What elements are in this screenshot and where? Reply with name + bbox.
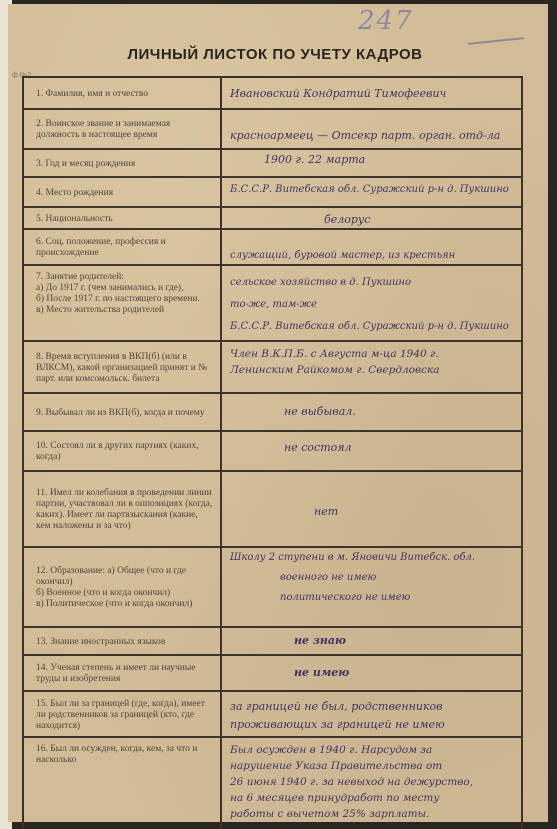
form-row-party-membership: 8. Время вступления в ВКП(б) (или в ВЛКС… — [24, 342, 521, 394]
field-answer: Ивановский Кондратий Тимофеевич — [224, 78, 521, 108]
form-row-birthplace: 4. Место рождения Б.С.С.Р. Витебская обл… — [24, 178, 521, 208]
field-label: 8. Время вступления в ВКП(б) (или в ВЛКС… — [24, 342, 222, 392]
field-label: 12. Образование: а) Общее (что и где око… — [24, 548, 222, 626]
field-label: 14. Ученая степень и имеет ли научные тр… — [24, 656, 222, 690]
field-answer: Школу 2 ступени в м. Яновичи Витебск. об… — [224, 548, 521, 626]
field-answer: за границей не был, родственников прожив… — [224, 692, 521, 736]
field-label: 4. Место рождения — [24, 178, 222, 206]
field-answer: нет — [224, 472, 521, 546]
personnel-form-table: 1. Фамилия, имя и отчество Ивановский Ко… — [22, 76, 523, 829]
form-row-social-status: 6. Соц. положение, профессия и происхожд… — [24, 230, 521, 266]
field-answer: не знаю — [224, 628, 521, 654]
form-row-party-deviations: 11. Имел ли колебания в проведении линии… — [24, 472, 521, 548]
field-answer: красноармеец — Отсекр парт. орган. отд-л… — [224, 110, 521, 148]
form-row-languages: 13. Знание иностранных языков не знаю — [24, 628, 521, 656]
form-row-rank-position: 2. Воинское звание и занимаемая должност… — [24, 110, 521, 150]
field-label: 3. Год и месяц рождения — [24, 150, 222, 176]
field-answer: Был осужден в 1940 г. Нарсудом за наруше… — [224, 738, 521, 829]
form-row-convictions: 16. Был ли осужден, когда, кем, за что и… — [24, 738, 521, 829]
form-row-left-party: 9. Выбывал ли из ВКП(б), когда и почему … — [24, 394, 521, 432]
field-label: 5. Национальность — [24, 208, 222, 228]
form-row-nationality: 5. Национальность белорус — [24, 208, 521, 230]
field-label: 6. Соц. положение, профессия и происхожд… — [24, 230, 222, 264]
field-answer: 1900 г. 22 марта — [224, 150, 521, 176]
field-answer: Б.С.С.Р. Витебская обл. Суражский р-н д.… — [224, 178, 521, 206]
field-answer: не состоял — [224, 432, 521, 470]
form-row-parents-occupation: 7. Занятие родителей: а) До 1917 г. (чем… — [24, 266, 521, 342]
document-title: ЛИЧНЫЙ ЛИСТОК ПО УЧЕТУ КАДРОВ — [105, 46, 445, 63]
field-label: 9. Выбывал ли из ВКП(б), когда и почему — [24, 394, 222, 430]
form-row-abroad: 15. Был ли за границей (где, когда), име… — [24, 692, 521, 738]
form-row-academic-degree: 14. Ученая степень и имеет ли научные тр… — [24, 656, 521, 692]
field-label: 11. Имел ли колебания в проведении линии… — [24, 472, 222, 546]
form-row-surname: 1. Фамилия, имя и отчество Ивановский Ко… — [24, 78, 521, 110]
archive-page-number: 247 — [358, 6, 414, 36]
field-answer: не имею — [224, 656, 521, 690]
field-answer: не выбывал. — [224, 394, 521, 430]
form-row-birth-date: 3. Год и месяц рождения 1900 г. 22 марта — [24, 150, 521, 178]
field-answer: белорус — [224, 208, 521, 228]
field-label: 13. Знание иностранных языков — [24, 628, 222, 654]
form-row-education: 12. Образование: а) Общее (что и где око… — [24, 548, 521, 628]
field-label: 16. Был ли осужден, когда, кем, за что и… — [24, 738, 222, 829]
form-row-other-parties: 10. Состоял ли в других партиях (каких, … — [24, 432, 521, 472]
field-answer: Член В.К.П.Б. с Августа м-ца 1940 г. Лен… — [224, 342, 521, 392]
field-label: 15. Был ли за границей (где, когда), име… — [24, 692, 222, 736]
field-label: 1. Фамилия, имя и отчество — [24, 78, 222, 108]
field-label: 2. Воинское звание и занимаемая должност… — [24, 110, 222, 148]
field-answer: служащий, буровой мастер, из крестьян — [224, 230, 521, 264]
field-label: 10. Состоял ли в других партиях (каких, … — [24, 432, 222, 470]
field-answer: сельское хозяйство в д. Пукшино то-же, т… — [224, 266, 521, 340]
field-label: 7. Занятие родителей: а) До 1917 г. (чем… — [24, 266, 222, 340]
